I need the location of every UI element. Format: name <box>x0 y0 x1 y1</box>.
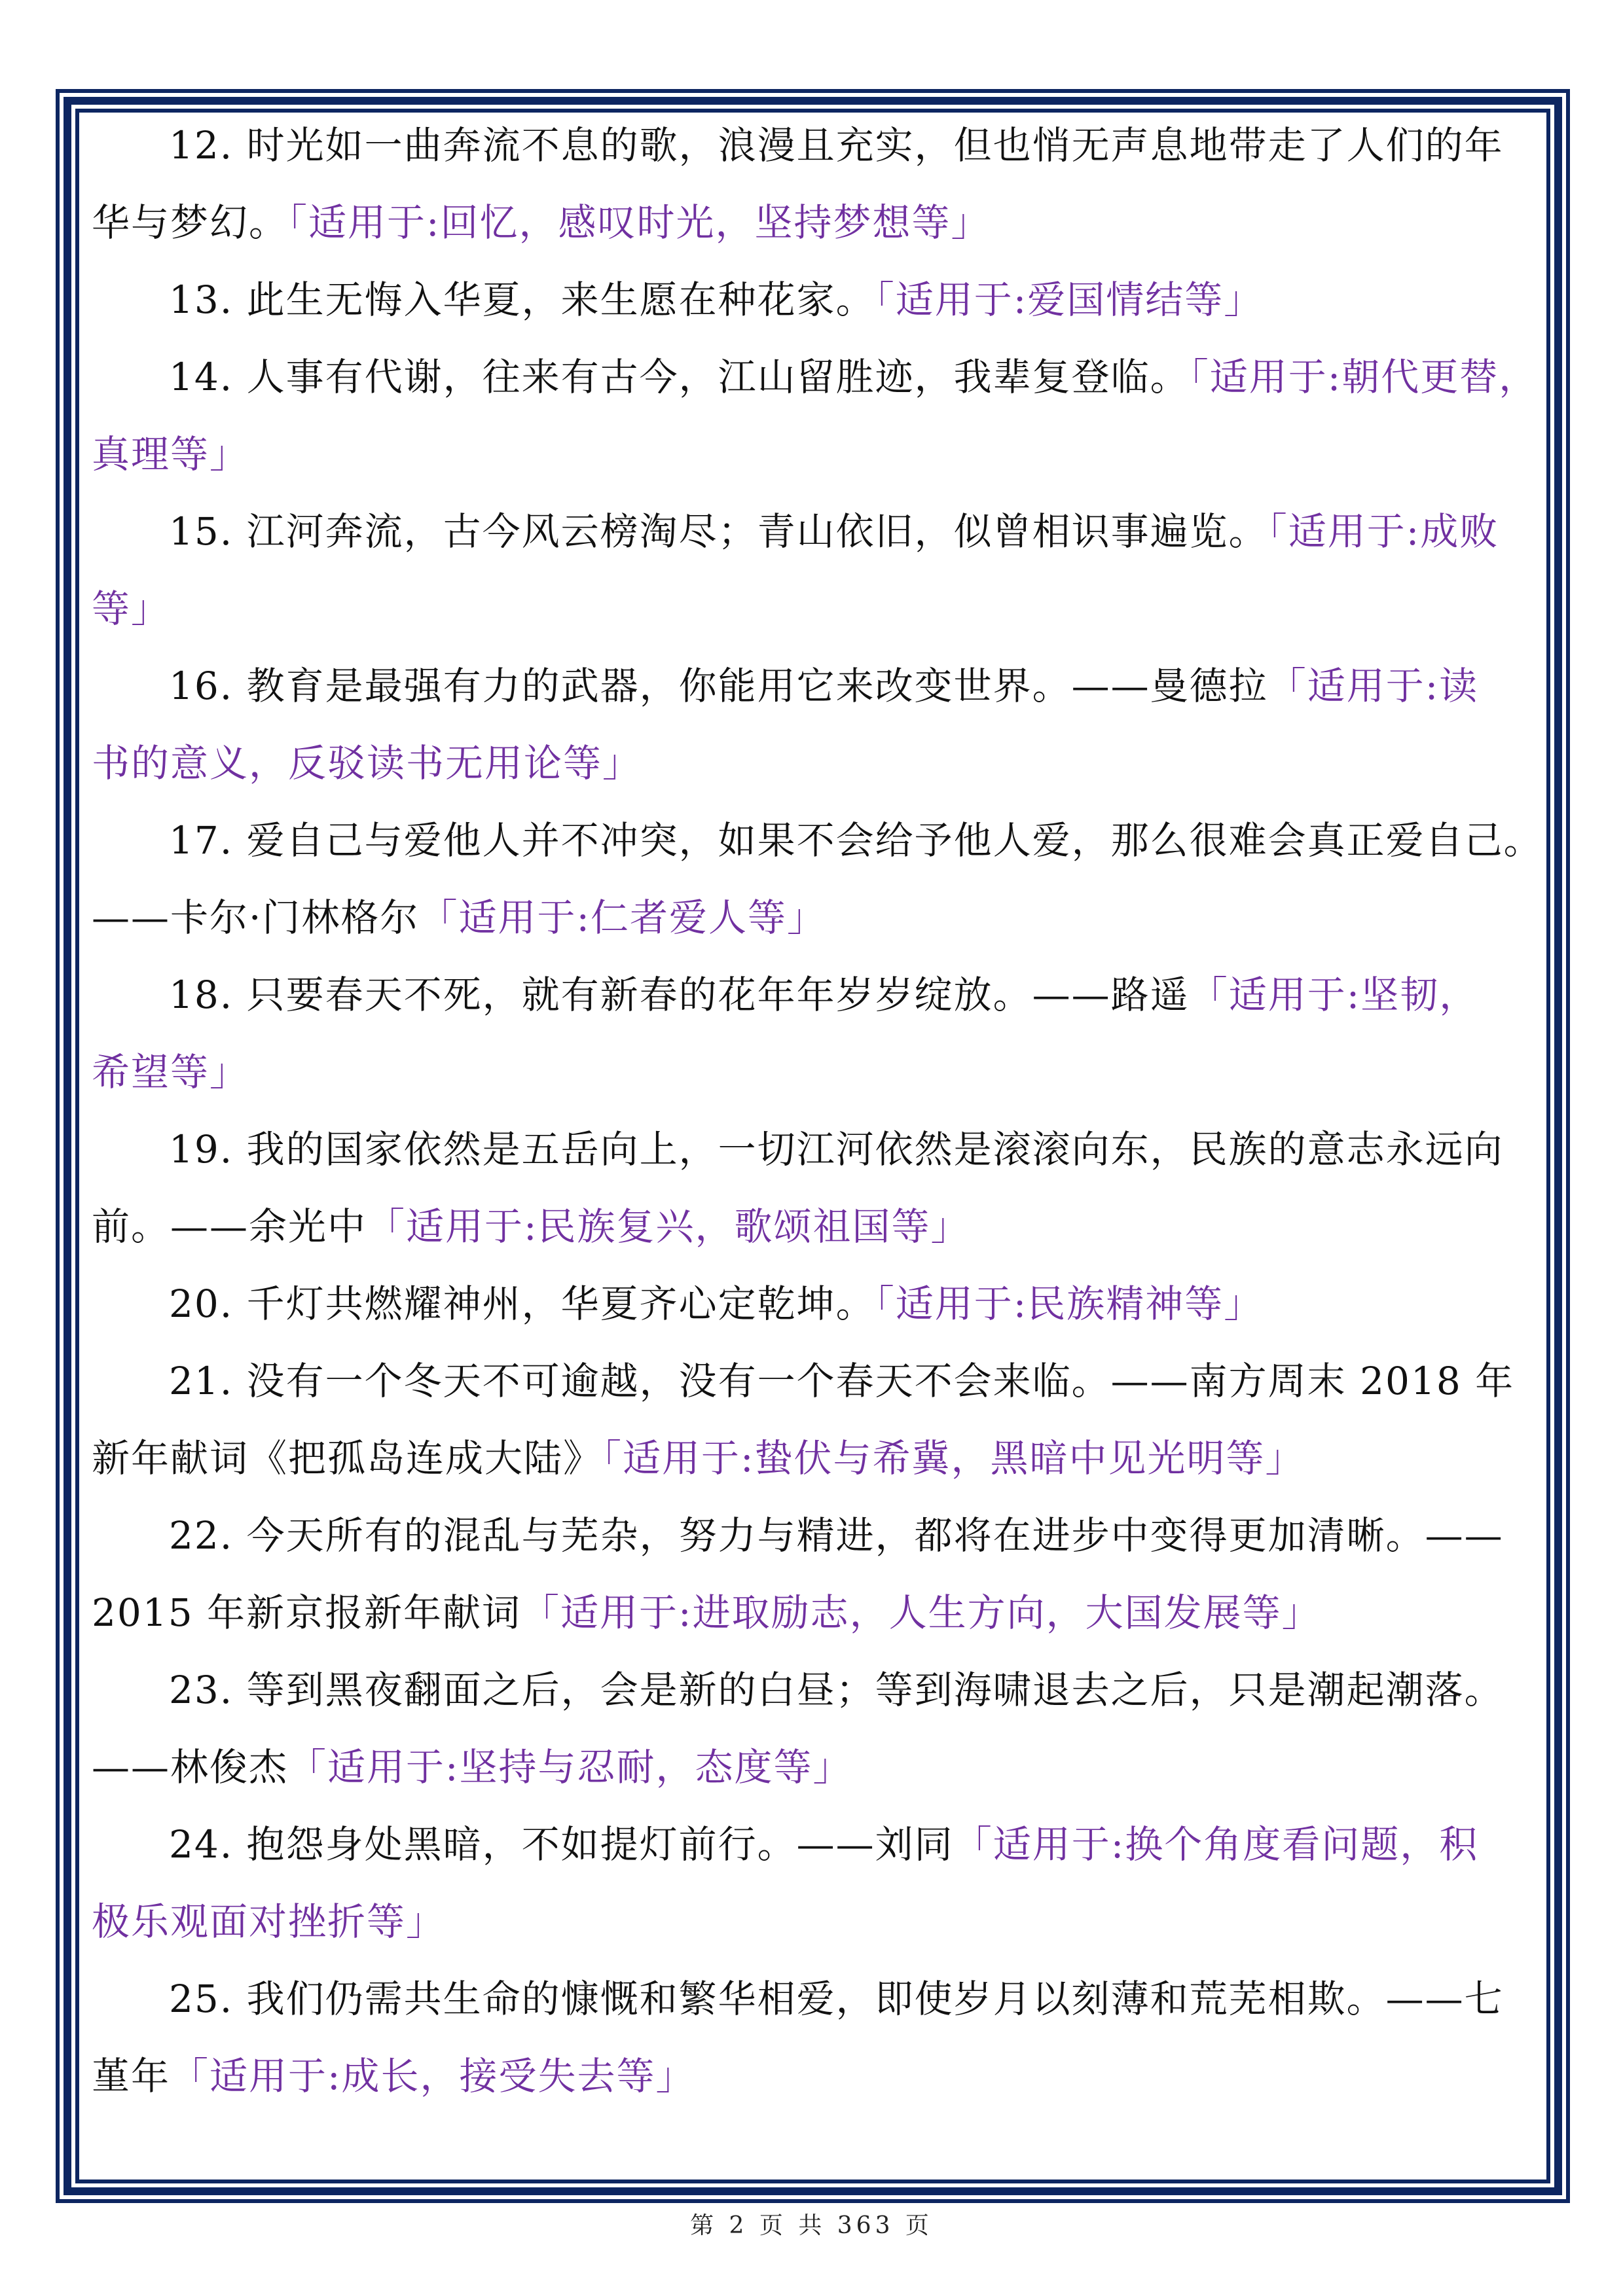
quote-line: 24. 抱怨身处黑暗，不如提灯前行。——刘同「适用于:换个角度看问题，积 <box>169 1818 1544 1871</box>
quote-line: 极乐观面对挫折等」 <box>92 1895 1545 1948</box>
quote-line: 堇年「适用于:成长，接受失去等」 <box>92 2050 1545 2102</box>
usage-tag: 等」 <box>92 586 170 631</box>
quote-line: 12. 时光如一曲奔流不息的歌，浪漫且充实，但也悄无声息地带走了人们的年 <box>169 119 1544 171</box>
quote-line: 25. 我们仍需共生命的慷慨和繁华相爱，即使岁月以刻薄和荒芜相欺。——七 <box>169 1973 1544 2025</box>
quote-line: 22. 今天所有的混乱与芜杂，努力与精进，都将在进步中变得更加清晰。—— <box>169 1509 1544 1562</box>
quote-line: 13. 此生无悔入华夏，来生愿在种花家。「适用于:爱国情结等」 <box>169 274 1544 326</box>
usage-tag: 「适用于:仁者爱人等」 <box>419 895 826 940</box>
usage-tag: 「适用于:回忆，感叹时光，坚持梦想等」 <box>288 200 991 245</box>
usage-tag: 「适用于:进取励志，人生方向，大国发展等」 <box>521 1590 1321 1635</box>
quote-line: 15. 江河奔流，古今风云榜淘尽；青山依旧，似曾相识事遍览。「适用于:成败 <box>169 505 1544 558</box>
usage-tag: 「适用于:成败 <box>1268 509 1499 554</box>
quote-line: 23. 等到黑夜翻面之后，会是新的白昼；等到海啸退去之后，只是潮起潮落。 <box>169 1664 1544 1716</box>
quote-line: 16. 教育是最强有力的武器，你能用它来改变世界。——曼德拉「适用于:读 <box>169 660 1544 712</box>
usage-tag: 希望等」 <box>92 1050 249 1094</box>
quote-line: 真理等」 <box>92 428 1545 480</box>
quote-line: 20. 千灯共燃耀神州，华夏齐心定乾坤。「适用于:民族精神等」 <box>169 1278 1544 1330</box>
usage-tag: 「适用于:朝代更替， <box>1190 355 1539 399</box>
quote-line: 19. 我的国家依然是五岳向上，一切江河依然是滚滚向东，民族的意志永远向 <box>169 1123 1544 1175</box>
quote-line: 2015 年新京报新年献词「适用于:进取励志，人生方向，大国发展等」 <box>92 1587 1545 1639</box>
quote-line: 等」 <box>92 583 1545 635</box>
quote-line: 华与梦幻。「适用于:回忆，感叹时光，坚持梦想等」 <box>92 196 1545 249</box>
usage-tag: 真理等」 <box>92 432 249 476</box>
quote-line: 18. 只要春天不死，就有新春的花年年岁岁绽放。——路遥「适用于:坚韧， <box>169 969 1544 1021</box>
usage-tag: 「适用于:坚持与忍耐，态度等」 <box>288 1745 852 1789</box>
usage-tag: 「适用于:读 <box>1268 664 1479 708</box>
quote-line: 21. 没有一个冬天不可逾越，没有一个春天不会来临。——南方周末 2018 年 <box>169 1355 1544 1407</box>
quote-line: 新年献词《把孤岛连成大陆》「适用于:蛰伏与希冀，黑暗中见光明等」 <box>92 1432 1545 1484</box>
quote-line: ——卡尔·门林格尔「适用于:仁者爱人等」 <box>92 891 1545 944</box>
usage-tag: 「适用于:民族复兴，歌颂祖国等」 <box>367 1204 970 1249</box>
usage-tag: 书的意义，反驳读书无用论等」 <box>92 741 642 785</box>
quote-line: 前。——余光中「适用于:民族复兴，歌颂祖国等」 <box>92 1200 1545 1253</box>
quote-line: 14. 人事有代谢，往来有古今，江山留胜迹，我辈复登临。「适用于:朝代更替， <box>169 351 1544 403</box>
usage-tag: 「适用于:民族精神等」 <box>875 1282 1264 1326</box>
usage-tag: 「适用于:坚韧， <box>1190 973 1479 1017</box>
quote-line: ——林俊杰「适用于:坚持与忍耐，态度等」 <box>92 1741 1545 1793</box>
usage-tag: 「适用于:爱国情结等」 <box>875 278 1264 322</box>
quote-line: 17. 爱自己与爱他人并不冲突，如果不会给予他人爱，那么很难会真正爱自己。 <box>169 814 1544 867</box>
usage-tag: 「适用于:换个角度看问题，积 <box>954 1822 1479 1867</box>
usage-tag: 「适用于:蛰伏与希冀，黑暗中见光明等」 <box>602 1436 1305 1480</box>
quote-line: 书的意义，反驳读书无用论等」 <box>92 737 1545 789</box>
page-footer: 第 2 页 共 363 页 <box>0 2207 1623 2240</box>
usage-tag: 「适用于:成长，接受失去等」 <box>170 2054 695 2098</box>
usage-tag: 极乐观面对挫折等」 <box>92 1899 445 1944</box>
quote-line: 希望等」 <box>92 1046 1545 1098</box>
